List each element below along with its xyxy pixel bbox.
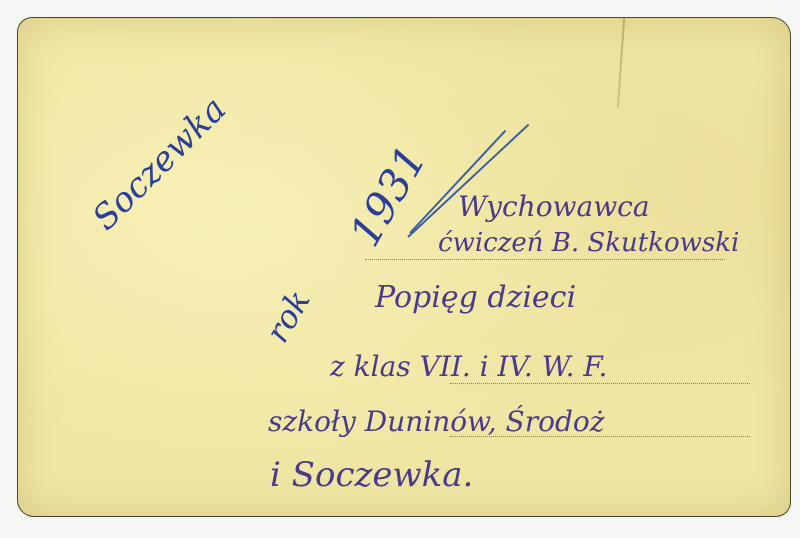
inscription-line-6: i Soczewka. xyxy=(270,455,473,495)
inscription-line-4: z klas VII. i IV. W. F. xyxy=(330,350,607,383)
postcard-back xyxy=(18,18,790,516)
inscription-line-5: szkoły Duninów, Środoż xyxy=(268,405,605,438)
ruled-line-2 xyxy=(450,383,750,384)
inscription-line-3: Popięg dzieci xyxy=(375,280,576,315)
inscription-line-1: Wychowawca xyxy=(458,190,650,223)
inscription-line-2: ćwiczeń B. Skutkowski xyxy=(438,228,739,258)
ruled-line-1 xyxy=(365,259,725,260)
